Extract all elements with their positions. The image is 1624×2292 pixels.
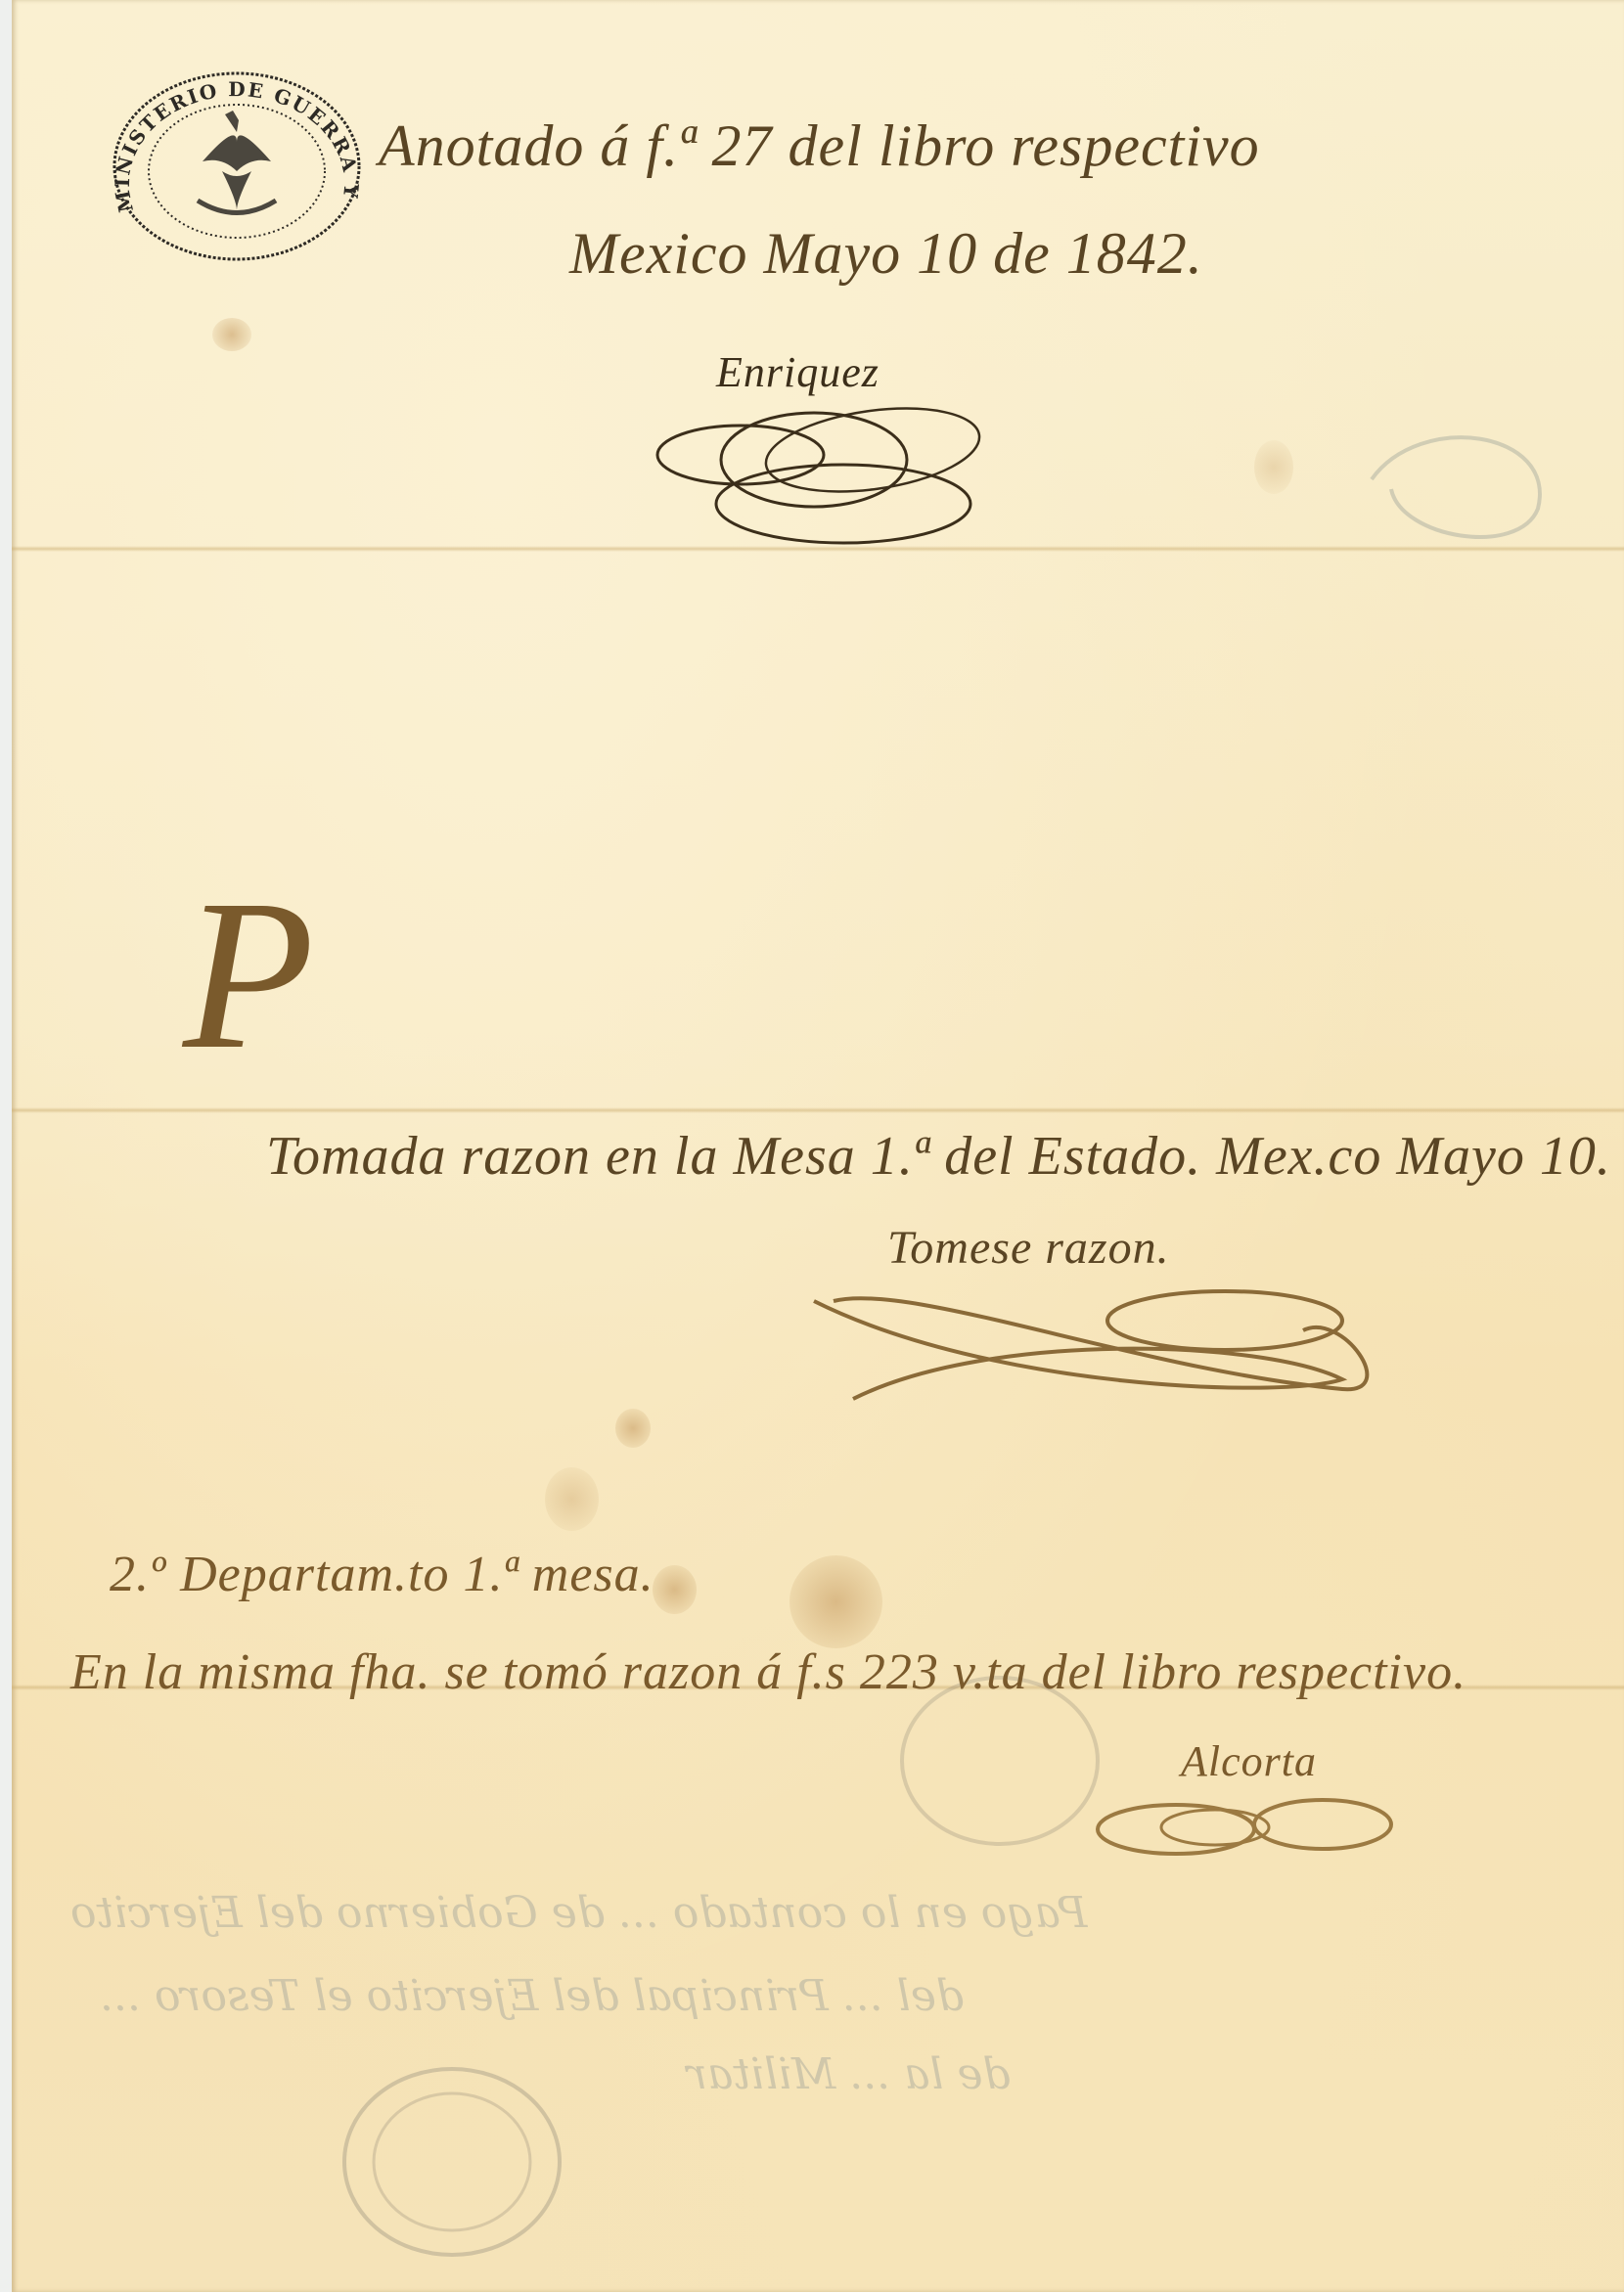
ministry-seal: MINISTERIO DE GUERRA Y xyxy=(105,64,369,269)
registry-note-line5: En la misma fha. se tomó razon á f.s 223… xyxy=(70,1643,1466,1701)
registry-note-line2: Mexico Mayo 10 de 1842. xyxy=(569,220,1203,288)
stain xyxy=(212,318,251,351)
document-page: Pago en lo contado ... de Gobierno del E… xyxy=(12,0,1624,2292)
department-note: 2.º Departam.to 1.ª mesa. xyxy=(110,1546,654,1603)
registry-note-line3: Tomada razon en la Mesa 1.ª del Estado. … xyxy=(266,1125,1624,1188)
bleed-through-text: de la ... Militar xyxy=(687,2049,1011,2099)
rubric-enriquez xyxy=(648,401,1019,558)
bleed-through-text: Pago en lo contado ... de Gobierno del E… xyxy=(70,1888,1087,1938)
fold-line xyxy=(12,1107,1624,1113)
registry-note-line4: Tomese razon. xyxy=(887,1221,1170,1275)
stain xyxy=(1254,440,1293,494)
bleed-through-rubric xyxy=(1362,391,1577,567)
stain xyxy=(615,1409,651,1448)
registry-note-line1: Anotado á f.ª 27 del libro respectivo xyxy=(379,112,1260,180)
eagle-icon xyxy=(198,111,276,213)
stain xyxy=(789,1555,882,1648)
bleed-through-seal xyxy=(305,2035,657,2289)
bleed-through-text: del ... Principal del Ejercito el Tesoro… xyxy=(100,1971,964,2021)
rubric-alcorta xyxy=(1088,1790,1401,1868)
rubric-middle xyxy=(794,1272,1401,1409)
signature-alcorta: Alcorta xyxy=(1181,1736,1317,1786)
stain xyxy=(545,1467,599,1531)
stain xyxy=(653,1565,697,1614)
decorative-initial: P xyxy=(183,851,315,1099)
signature-enriquez: Enriquez xyxy=(716,347,880,397)
